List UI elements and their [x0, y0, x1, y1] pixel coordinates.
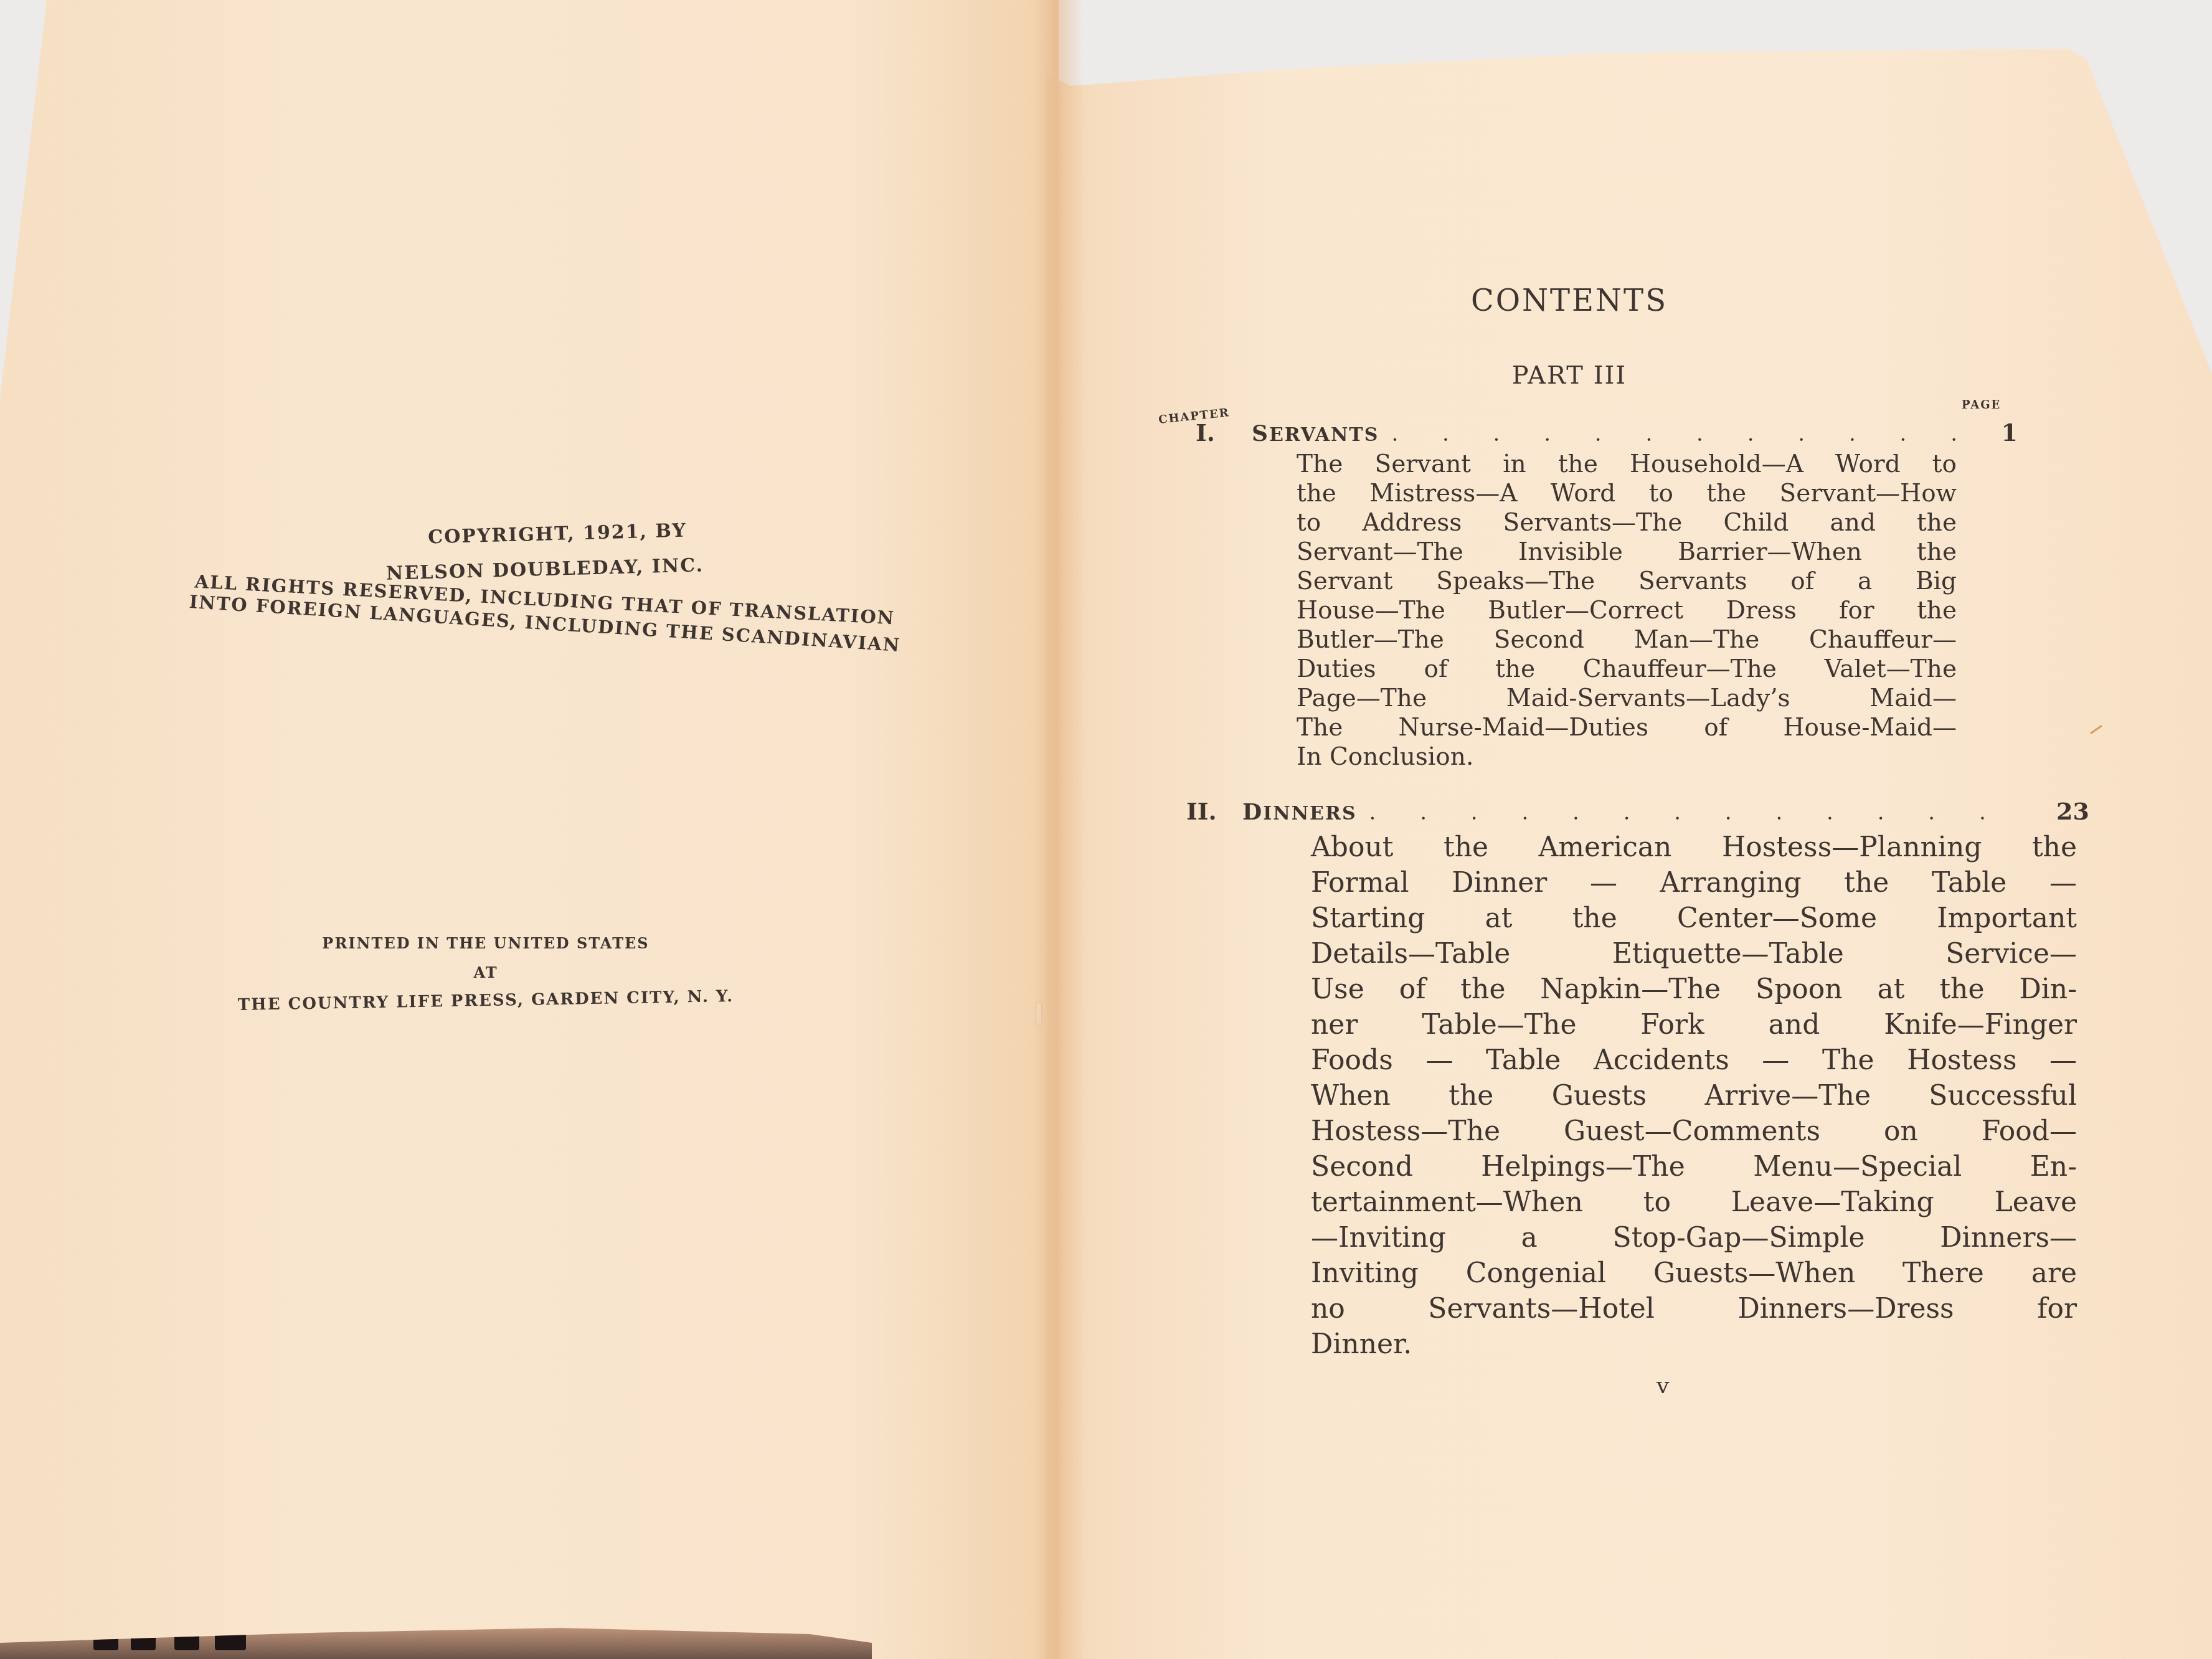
summary-line: Hostess—The Guest—Comments on Food—	[1311, 1113, 2077, 1149]
part-heading: PART III	[1488, 361, 1650, 390]
chapter-title: SERVANTS	[1252, 420, 1379, 447]
printer-imprint: PRINTED IN THE UNITED STATES AT THE COUN…	[206, 934, 766, 1010]
chapter-page: 23	[2052, 797, 2089, 825]
summary-line: House—The Butler—Correct Dress for the	[1297, 596, 1957, 625]
summary-line: tertainment—When to Leave—Taking Leave	[1311, 1184, 2077, 1220]
toc-entry: II. DINNERS . . . . . . . . . . . . . 23	[1186, 797, 2089, 825]
chapter-title-rest: ERVANTS	[1269, 424, 1379, 446]
chapter-title-initial: D	[1242, 799, 1263, 825]
leader-dots: . . . . . . . . . . . . .	[1379, 422, 1980, 447]
summary-line: ner Table—The Fork and Knife—Finger	[1311, 1007, 2077, 1042]
summary-line: no Servants—Hotel Dinners—Dress for	[1311, 1291, 2077, 1326]
chapter-page: 1	[1980, 418, 2018, 447]
printed-line: AT	[206, 963, 766, 981]
summary-line: the Mistress—A Word to the Servant—How	[1297, 479, 1957, 508]
chapter-summary: The Servant in the Household—A Word to t…	[1297, 450, 1957, 772]
leader-dots: . . . . . . . . . . . . .	[1357, 800, 2052, 825]
summary-line: About the American Hostess—Planning the	[1311, 829, 2077, 865]
page-folio: v	[1657, 1373, 1669, 1399]
summary-line: Starting at the Center—Some Important	[1311, 900, 2077, 936]
chapter-title: DINNERS	[1242, 799, 1357, 825]
summary-line: Second Helpings—The Menu—Special En-	[1311, 1149, 2077, 1184]
summary-line: Dinner.	[1311, 1326, 2077, 1362]
summary-line: Formal Dinner — Arranging the Table —	[1311, 865, 2077, 900]
page-column-label: PAGE	[1962, 399, 2001, 412]
summary-line: Foods — Table Accidents — The Hostess —	[1311, 1042, 2077, 1078]
summary-line: Inviting Congenial Guests—When There are	[1311, 1255, 2077, 1291]
summary-line: When the Guests Arrive—The Successful	[1311, 1078, 2077, 1113]
summary-line: The Nurse-Maid—Duties of House-Maid—	[1297, 713, 1957, 742]
summary-line: Use of the Napkin—The Spoon at the Din-	[1311, 971, 2077, 1007]
left-page	[0, 0, 1071, 1659]
chapter-number: I.	[1196, 418, 1252, 447]
summary-line: Page—The Maid-Servants—Lady’s Maid—	[1297, 684, 1957, 713]
summary-line: Butler—The Second Man—The Chauffeur—	[1297, 625, 1957, 655]
summary-line: The Servant in the Household—A Word to	[1297, 450, 1957, 479]
chapter-summary: About the American Hostess—Planning the …	[1311, 829, 2077, 1362]
summary-line: In Conclusion.	[1297, 742, 1957, 772]
page-title: CONTENTS	[1445, 283, 1694, 318]
chapter-title-rest: INNERS	[1263, 803, 1356, 825]
summary-line: to Address Servants—The Child and the	[1297, 508, 1957, 537]
summary-line: Details—Table Etiquette—Table Service—	[1311, 936, 2077, 971]
spine-nick	[1036, 1003, 1041, 1024]
printed-line: PRINTED IN THE UNITED STATES	[206, 934, 766, 952]
summary-line: —Inviting a Stop-Gap—Simple Dinners—	[1311, 1220, 2077, 1255]
book-gutter	[1034, 0, 1084, 1659]
summary-line: Duties of the Chauffeur—The Valet—The	[1297, 655, 1957, 684]
summary-line: Servant—The Invisible Barrier—When the	[1297, 537, 1957, 567]
summary-line: Servant Speaks—The Servants of a Big	[1297, 567, 1957, 596]
copyright-notice: COPYRIGHT, 1921, BY NELSON DOUBLEDAY, IN…	[156, 523, 934, 634]
chapter-title-initial: S	[1252, 420, 1269, 447]
toc-entry: I. SERVANTS . . . . . . . . . . . . . 1	[1196, 418, 2018, 447]
chapter-number: II.	[1186, 797, 1242, 825]
